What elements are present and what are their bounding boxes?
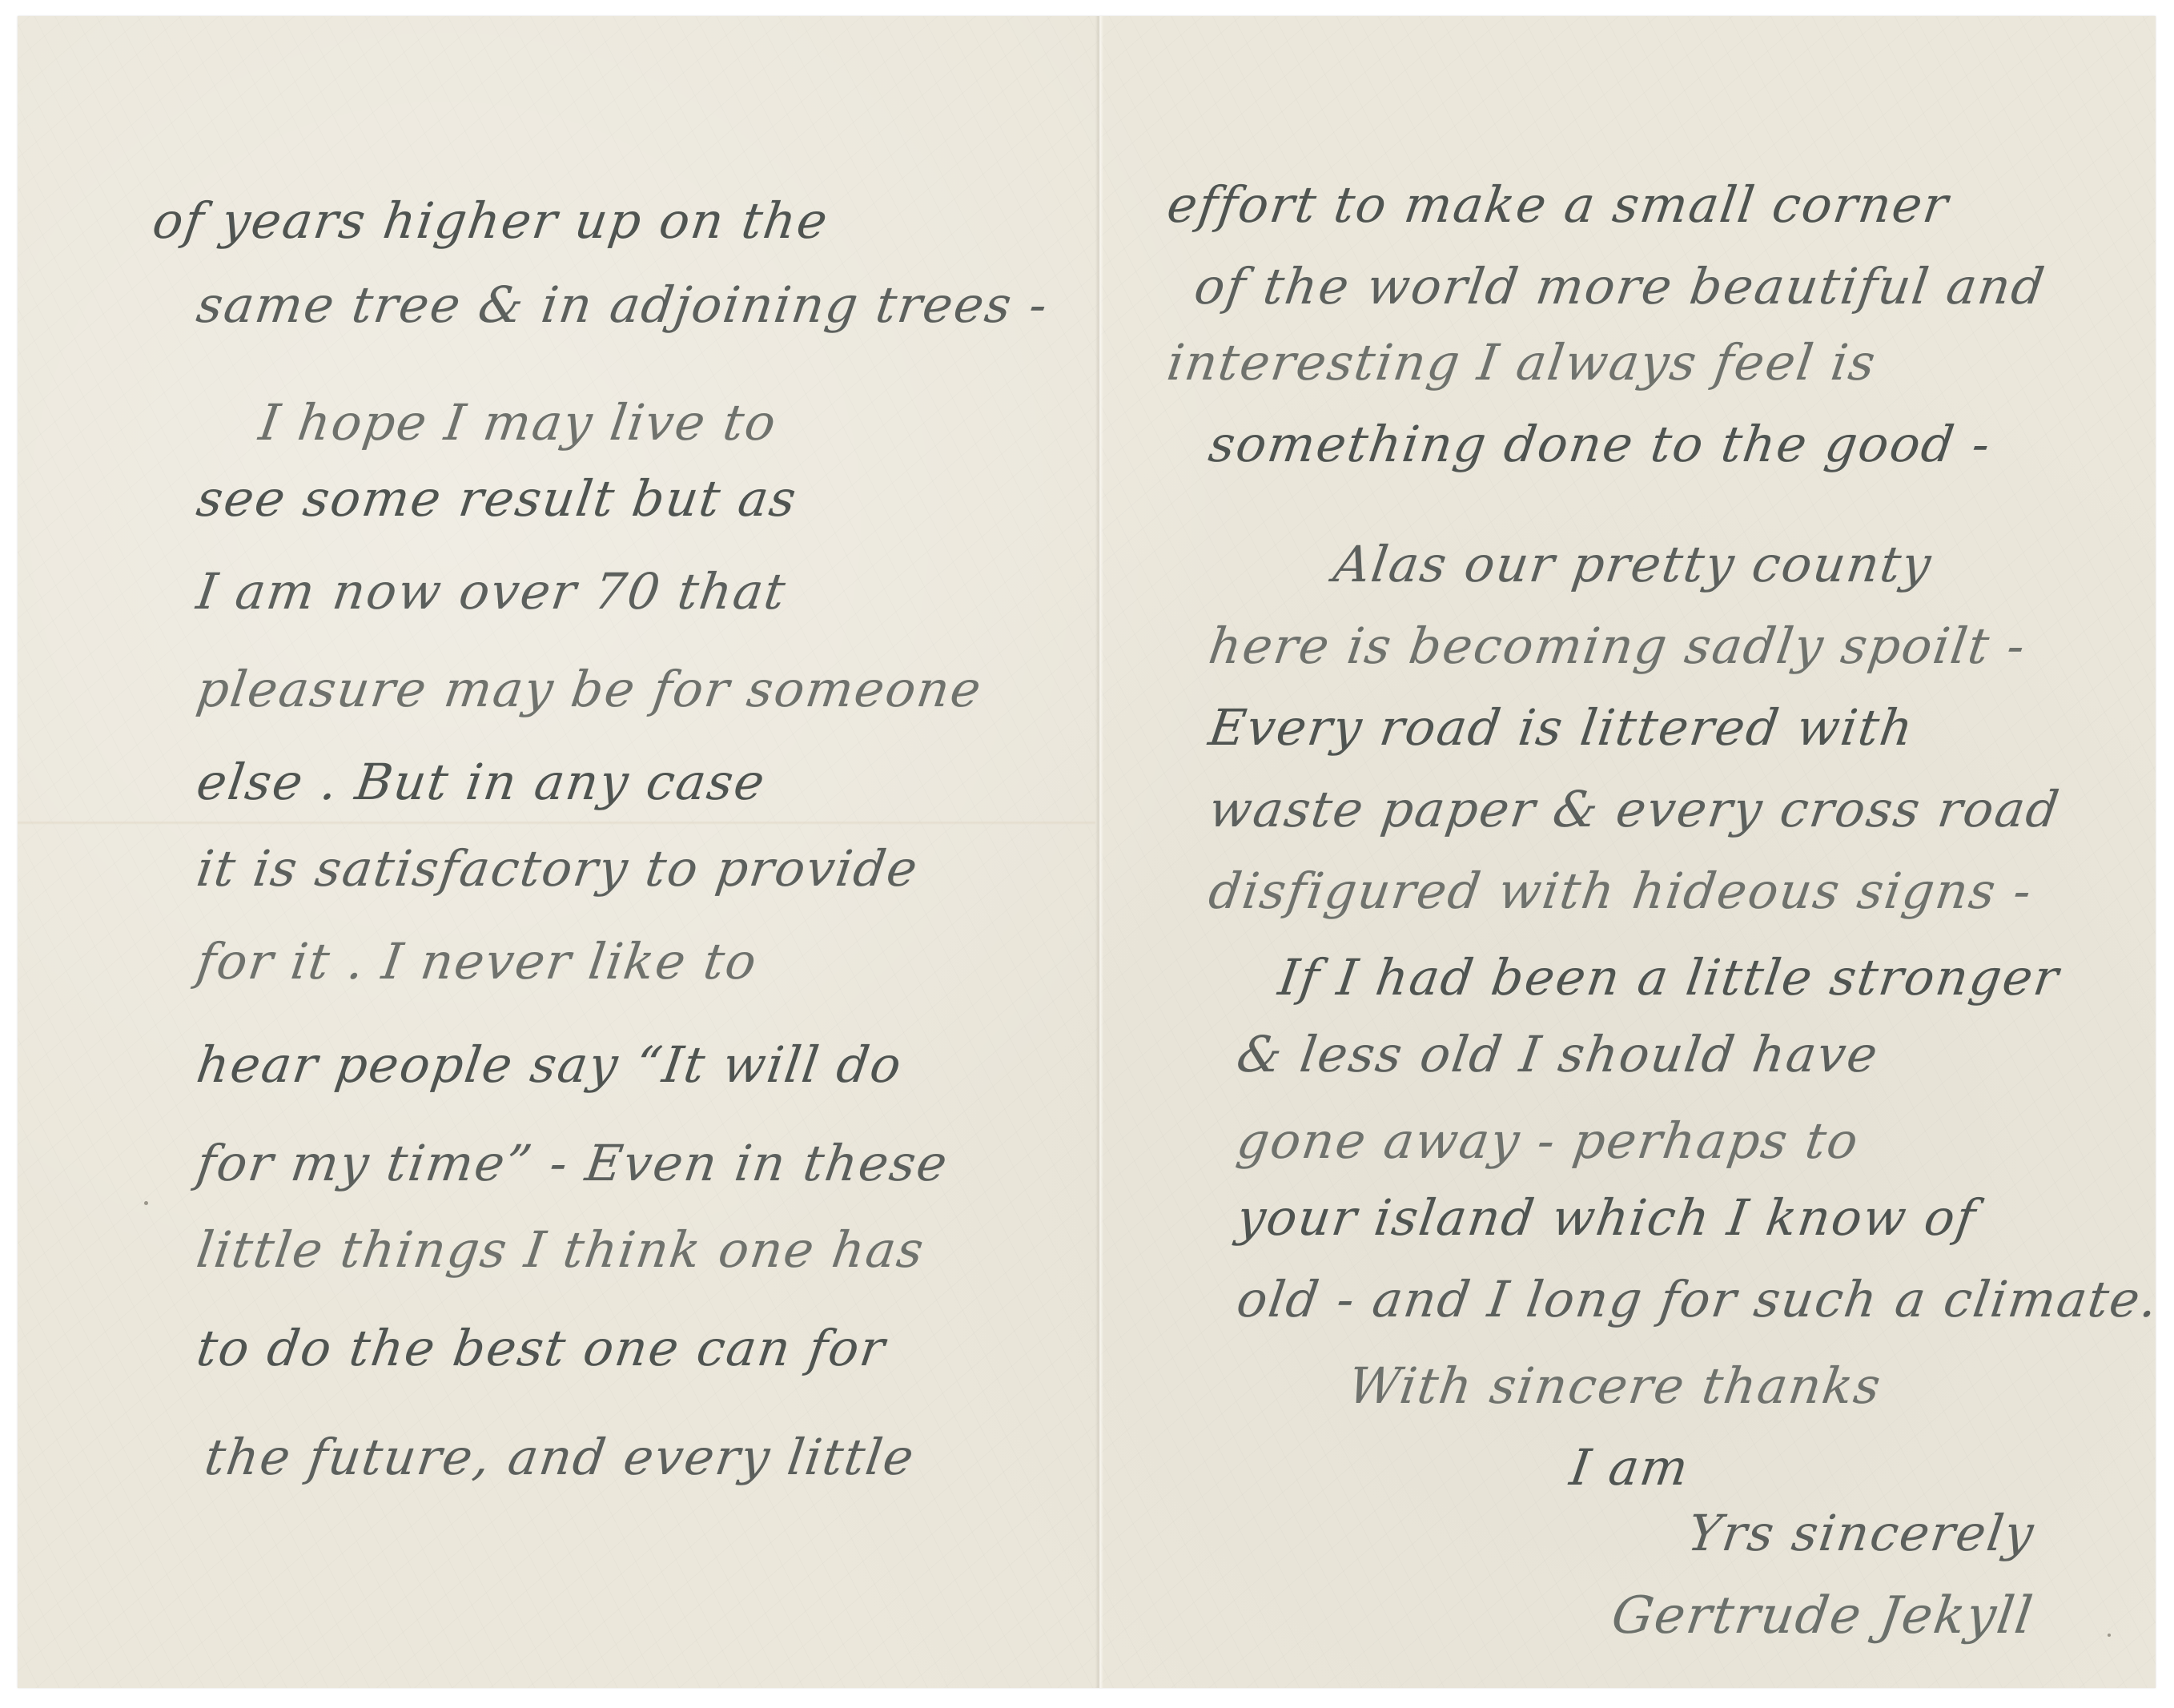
handwritten-line: it is satisfactory to provide	[194, 844, 922, 894]
handwritten-line: to do the best one can for	[194, 1324, 889, 1373]
handwritten-line: same tree & in adjoining trees -	[194, 280, 1051, 330]
handwritten-line: Alas our pretty county	[1331, 540, 1935, 589]
left-page: of years higher up on thesame tree & in …	[18, 16, 1095, 1688]
handwritten-line: effort to make a small corner	[1164, 180, 1952, 230]
handwritten-line: With sincere thanks	[1345, 1361, 1885, 1411]
handwritten-line: here is becoming sadly spoilt -	[1206, 621, 2029, 671]
handwritten-line: your island which I know of	[1234, 1193, 1979, 1243]
handwritten-line: & less old I should have	[1234, 1030, 1882, 1079]
right-page: effort to make a small cornerof the worl…	[1103, 16, 2156, 1688]
handwritten-line: disfigured with hideous signs -	[1206, 866, 2035, 916]
handwritten-line: hear people say “It will do	[194, 1040, 906, 1090]
handwritten-line: old - and I long for such a climate.	[1234, 1275, 2162, 1324]
handwritten-line: for it . I never like to	[194, 937, 761, 987]
handwritten-line: Every road is littered with	[1206, 703, 1917, 753]
handwritten-line: the future, and every little	[202, 1433, 918, 1482]
handwritten-line: I am	[1567, 1443, 1693, 1493]
handwritten-line: see some result but as	[194, 474, 801, 524]
handwritten-line: little things I think one has	[194, 1225, 928, 1275]
handwritten-line: pleasure may be for someone	[194, 665, 985, 714]
handwritten-line: else . But in any case	[194, 758, 769, 807]
center-fold	[1095, 16, 1103, 1688]
handwritten-line: of years higher up on the	[150, 196, 832, 246]
signature: Gertrude Jekyll	[1609, 1590, 2037, 1642]
letter-sheet: of years higher up on thesame tree & in …	[18, 16, 2156, 1688]
handwritten-line: interesting I always feel is	[1164, 338, 1879, 388]
handwritten-line: something done to the good -	[1206, 420, 1995, 469]
handwritten-line: waste paper & every cross road	[1206, 785, 2063, 834]
handwritten-line: of the world more beautiful and	[1191, 262, 2048, 311]
handwritten-line: I am now over 70 that	[194, 567, 790, 617]
handwritten-line: gone away - perhaps to	[1234, 1116, 1863, 1166]
handwritten-line: for my time” - Even in these	[194, 1139, 951, 1188]
handwritten-line: If I had been a little stronger	[1276, 953, 2063, 1003]
handwritten-line: Yrs sincerely	[1685, 1509, 2038, 1558]
handwritten-line: I hope I may live to	[256, 398, 780, 448]
